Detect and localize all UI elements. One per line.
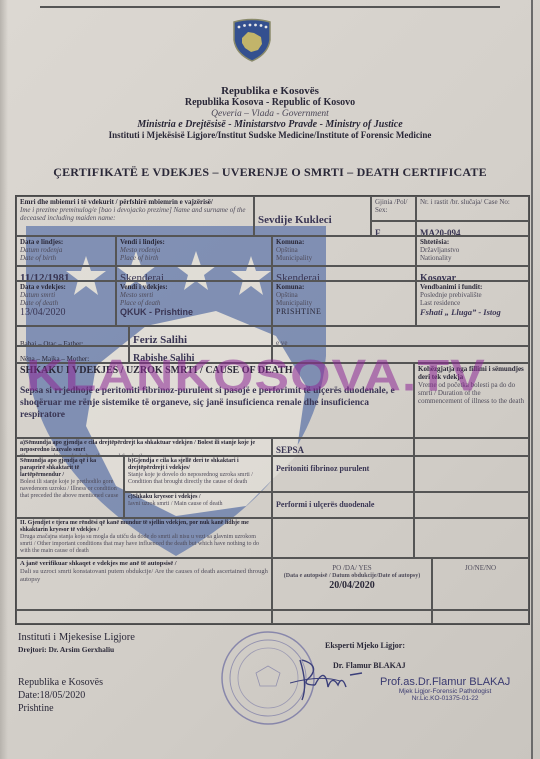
footer-republic: Republika e Kosovës	[18, 677, 103, 688]
dob-value: 11/12/1981	[20, 272, 70, 281]
sex-label-cell: Gjinia /Pol/ Sex:	[371, 196, 416, 221]
other-conditions-duration-cell	[414, 518, 529, 558]
pod-label: Vendi i vdekjes:	[120, 283, 268, 291]
cause-c-label-cell: c)Shkaku kryesor i vdekjes / Iavni uzrok…	[124, 492, 272, 518]
header-country-multi: Republika Kosova - Republic of Kosovo	[0, 97, 540, 108]
case-value-cell: MA20-094	[416, 221, 529, 236]
autopsy-yes-cell: PO /DA/ YES (Data e autopsisë / Datum ob…	[272, 558, 432, 610]
other-conditions-cell: II. Gjendjet e tjera me rëndësi që kanë …	[16, 518, 272, 558]
seal-name: Prof.as.Dr.Flamur BLAKAJ	[380, 676, 510, 688]
residence-cell: Vendbanimi i fundit: Poslednje prebivali…	[416, 281, 529, 326]
birth-municipality-value-cell: Skenderaj	[272, 266, 416, 281]
pob-label: Vendi i lindjes:	[120, 238, 268, 246]
other-conditions-label: II. Gjendjet e tjera me rëndësi që kanë …	[20, 520, 268, 534]
dob-sub1: Datum rođenja	[20, 246, 112, 254]
death-municipality-sub2: Municipality	[276, 299, 412, 307]
header-institute: Instituti i Mjekësisë Ligjore/Institut S…	[0, 130, 540, 140]
name-sublabel: Ime i prezime preminulog/e [bao i devoja…	[20, 206, 250, 222]
residence-sub1: Poslednje prebivalište	[420, 291, 525, 299]
pob-label-cell: Vendi i lindjes: Mesto rođenja Place of …	[116, 236, 272, 266]
pod-sub2: Place of death	[120, 299, 268, 307]
father-extra: e ve	[276, 339, 287, 346]
footer-date: Date:18/05/2020	[18, 690, 85, 701]
autopsy-date-label: (Data e autopsisë / Datum obdukcije/Date…	[276, 572, 428, 580]
name-value-cell: Sevdije Kuklеci	[254, 196, 371, 236]
autopsy-label: A janë verifikuar shkaqet e vdekjes me a…	[20, 560, 268, 568]
dob-label: Data e lindjes:	[20, 238, 112, 246]
top-border-line	[40, 6, 500, 8]
birth-municipality-sub2: Municipality	[276, 254, 412, 262]
father-value-cell: Feriz Salihi	[129, 326, 272, 346]
cause-c-duration-cell	[414, 492, 529, 518]
birth-municipality-label: Komuna:	[276, 238, 412, 246]
cause-b-value: Peritoniti fibrinoz purulent	[276, 464, 369, 473]
cause-a-value-cell: SEPSA	[272, 438, 414, 456]
blank-bottom-cell-1	[16, 610, 272, 624]
footer-city: Prishtine	[18, 703, 54, 714]
death-municipality-cell: Komuna: Opština Municipality PRISHTINE	[272, 281, 416, 326]
pod-value: QKUK - Prishtine	[120, 307, 268, 317]
nationality-sub1: Državljanstvo	[420, 246, 525, 254]
father-label-cell: Babai – Otac – Father:	[16, 326, 129, 346]
pod-cell: Vendi i vdekjes: Mesto smrti Place of de…	[116, 281, 272, 326]
birth-municipality-label-cell: Komuna: Opština Municipality	[272, 236, 416, 266]
cause-c-value-cell: Performi i ulçerës duodenale	[272, 492, 414, 518]
father-value: Feriz Salihi	[133, 334, 187, 346]
nationality-value: Kosovar	[420, 273, 456, 281]
residence-label: Vendbanimi i fundit:	[420, 283, 525, 291]
blank-bottom-cell-2	[272, 610, 432, 624]
nationality-value-cell: Kosovar	[416, 266, 529, 281]
other-conditions-value-cell	[272, 518, 414, 558]
autopsy-sub: Dali su uzroci smrti konstatovani putem …	[20, 568, 268, 584]
cause-b-sub: Stanje koje je dovelo do neposrednog uzr…	[128, 472, 268, 486]
death-municipality-value: PRISHTINE	[276, 307, 412, 316]
case-number: MA20-094	[420, 228, 461, 236]
antecedent-cell: Sëmundja apo gjendja që i ka paraprirë s…	[16, 456, 124, 518]
deceased-name: Sevdije Kuklеci	[258, 214, 332, 226]
nationality-label-cell: Shtetësia: Državljanstvo Nationality	[416, 236, 529, 266]
name-label-cell: Emri dhe mbiemri i të vdekurit / përfshi…	[16, 196, 254, 236]
kosovo-coat-of-arms-icon	[232, 18, 272, 62]
seal-title: Mjek Ligjor-Forensic Pathologist	[380, 688, 510, 695]
footer-institute: Instituti i Mjekesise Ligjore	[18, 632, 135, 643]
residence-value: Fshati „ Lluga” - Istog	[420, 307, 525, 317]
cause-b-value-cell: Peritoniti fibrinoz purulent	[272, 456, 414, 492]
birth-municipality-value: Skenderaj	[276, 272, 320, 281]
document-title: ÇERTIFIKATË E VDEKJES – UVERENJE O SMRTI…	[0, 165, 540, 180]
cause-a-label: a)Sëmundja apo gjendja e cila drejtëpërd…	[20, 440, 268, 454]
cause-c-sub: Iavni uzrok smrti / Main cause of death	[128, 501, 268, 508]
pob-value-cell: Skenderaj	[116, 266, 272, 281]
cause-b-label: b)Gjendja e cila ka sjellë deri te shkak…	[128, 458, 268, 472]
case-label-cell: Nr. i rastit /br. slučaja/ Case No:	[416, 196, 529, 221]
doctor-seal: Prof.as.Dr.Flamur BLAKAJ Mjek Ligjor-For…	[380, 676, 510, 702]
header-government: Qeveria – Vlada - Government	[0, 109, 540, 119]
autopsy-yes-label: PO /DA/ YES	[276, 564, 428, 572]
pob-sub1: Mesto rođenja	[120, 246, 268, 254]
dod-sub1: Datum smrti	[20, 291, 112, 299]
pob-sub2: Place of birth	[120, 254, 268, 262]
death-municipality-sub1: Opština	[276, 291, 412, 299]
autopsy-date-value: 20/04/2020	[276, 580, 428, 591]
nationality-label: Shtetësia:	[420, 238, 525, 246]
expert-label: Eksperti Mjeko Ligjor:	[325, 641, 405, 650]
father-extra-cell: e ve	[272, 326, 529, 346]
footer-director: Drejtori: Dr. Arsim Gerxhaliu	[18, 645, 114, 654]
dob-sub2: Date of birth	[20, 254, 112, 262]
autopsy-no-label: JO/NE/NO	[436, 564, 525, 572]
cause-a-label-cell: a)Sëmundja apo gjendja e cila drejtëpërd…	[16, 438, 272, 456]
watermark-text: KLANKOSOVA.TV	[26, 351, 486, 402]
dod-label: Data e vdekjes:	[20, 283, 112, 291]
dod-sub2: Date of death	[20, 299, 112, 307]
dob-label-cell: Data e lindjes: Datum rođenja Date of bi…	[16, 236, 116, 266]
autopsy-question-cell: A janë verifikuar shkaqet e vdekjes me a…	[16, 558, 272, 610]
cause-b-duration-cell	[414, 456, 529, 492]
header-country-sq: Republika e Kosovës	[0, 85, 540, 97]
pob-value: Skenderaj	[120, 272, 164, 281]
nationality-sub2: Nationality	[420, 254, 525, 262]
cause-b-label-cell: b)Gjendja e cila ka sjellë deri te shkak…	[124, 456, 272, 492]
dob-value-cell: 11/12/1981	[16, 266, 116, 281]
blank-bottom-cell-3	[432, 610, 529, 624]
pod-sub1: Mesto smrti	[120, 291, 268, 299]
seal-license: Nr.Lic.KO-01375-01-22	[380, 695, 510, 702]
cause-c-value: Performi i ulçerës duodenale	[276, 500, 374, 509]
expert-name: Dr. Flamur BLAKAJ	[333, 661, 406, 670]
cause-c-label: c)Shkaku kryesor i vdekjes /	[128, 494, 268, 501]
death-municipality-label: Komuna:	[276, 283, 412, 291]
autopsy-no-cell: JO/NE/NO	[432, 558, 529, 610]
header-ministry: Ministria e Drejtësisë - Ministarstvo Pr…	[0, 119, 540, 130]
antecedent-sub: Bolest ili stanje koje je prethodilo gor…	[20, 479, 120, 500]
sex-value-cell: F	[371, 221, 416, 236]
dod-cell: Data e vdekjes: Datum smrti Date of deat…	[16, 281, 116, 326]
certificate-form: Emri dhe mbiemri i të vdekurit / përfshi…	[15, 195, 530, 625]
other-conditions-sub: Druga značajna stanja koja su mogla da u…	[20, 534, 268, 555]
cause-a-value: SEPSA	[276, 445, 304, 455]
dod-value: 13/04/2020	[20, 307, 112, 318]
sex-label: Gjinia /Pol/ Sex:	[375, 198, 412, 214]
antecedent-label: Sëmundja apo gjendja që i ka paraprirë s…	[20, 458, 120, 479]
case-label: Nr. i rastit /br. slučaja/ Case No:	[420, 198, 525, 206]
sex-value: F	[375, 228, 381, 236]
cause-a-duration-cell	[414, 438, 529, 456]
residence-sub2: Last residence	[420, 299, 525, 307]
name-label: Emri dhe mbiemri i të vdekurit / përfshi…	[20, 198, 250, 206]
birth-municipality-sub1: Opština	[276, 246, 412, 254]
